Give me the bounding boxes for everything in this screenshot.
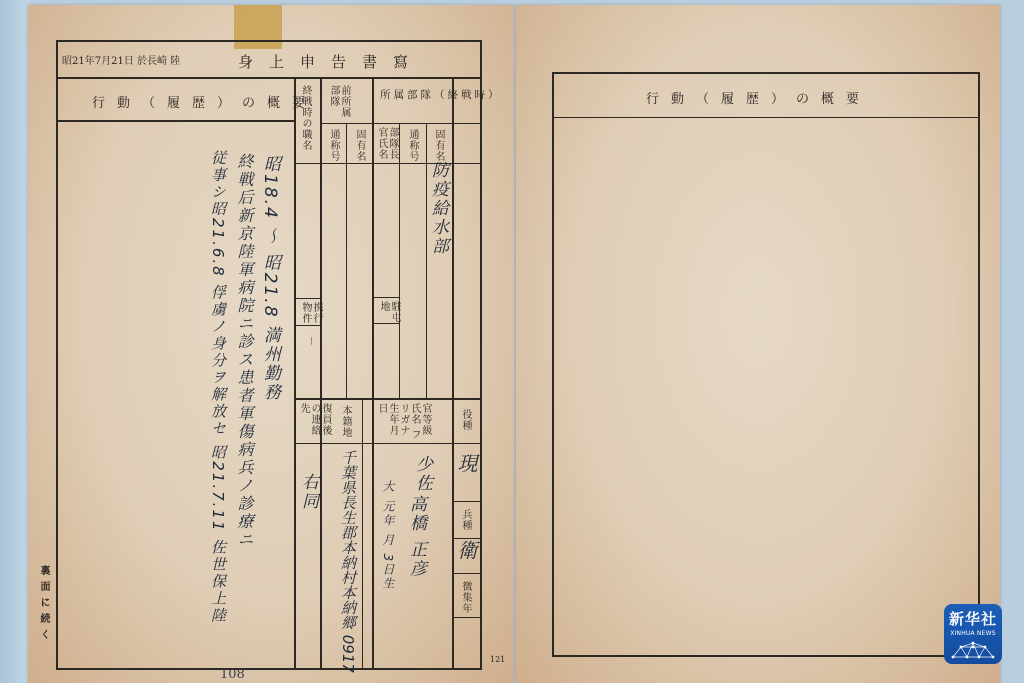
form-title: 身上申告書寫 xyxy=(238,51,424,72)
left-document-page: 昭21年7月21日 於長崎 陸 身上申告書寫 行動（履歴）の概要 終戦時の職名 … xyxy=(28,5,514,683)
column-tsusho: 通称号 xyxy=(328,129,339,162)
header-date-line: 昭21年7月21日 於長崎 陸 xyxy=(62,52,180,67)
handwritten-branch: 現 xyxy=(456,453,476,475)
adhesive-tape xyxy=(234,5,282,49)
network-globe-icon xyxy=(949,639,997,659)
page-number-right: 121 xyxy=(490,655,505,664)
right-document-page: 行動（履歴）の概要 xyxy=(516,5,1000,683)
label-arm: 兵種 xyxy=(460,509,471,531)
handwritten-contact: 右同 xyxy=(298,473,318,511)
handwritten-unit-name: 防疫給水部 xyxy=(428,161,448,256)
page-number-bottom: 108 xyxy=(220,667,245,682)
label-conscription-year: 徴集年 xyxy=(460,581,471,614)
label-contact: 復員後の連絡先 xyxy=(298,403,331,441)
handwritten-history-3: 従事シ昭21.6.8 俘虜ノ身分ヲ解放セ 昭21.7.11 佐世保上陸 xyxy=(208,150,228,624)
column-koyumei: 固有名 xyxy=(354,129,365,162)
handwritten-carried-items: － xyxy=(300,335,320,347)
background xyxy=(0,0,30,683)
xinhua-news-logo: 新华社 XINHUA NEWS xyxy=(944,604,1002,664)
column-final-post: 終戦時の職名 xyxy=(300,85,311,151)
label-domicile: 本籍地 xyxy=(340,405,351,438)
label-carried-items: 携行物件 xyxy=(300,302,322,324)
column-previous-unit: 前所属部隊 xyxy=(328,85,350,121)
logo-title: 新华社 xyxy=(944,608,1002,629)
logo-subtitle: XINHUA NEWS xyxy=(944,630,1002,637)
column-unit-at-end: 所属部隊（終戦時） xyxy=(380,87,502,102)
handwritten-name: 高橋 正彦 xyxy=(406,495,426,578)
label-station: 駐屯地 xyxy=(378,301,400,323)
handwritten-arm: 衛 xyxy=(456,540,476,562)
handwritten-domicile: 千葉県長生郡本納村本納郷 0917 xyxy=(338,450,358,673)
column-koyumei2: 固有名 xyxy=(433,129,444,162)
handwritten-birth: 大 元年 月 3日生 xyxy=(378,480,398,591)
right-history-header: 行動（履歴）の概要 xyxy=(646,88,871,107)
history-header: 行動（履歴）の概要 xyxy=(92,92,317,111)
label-branch: 役種 xyxy=(460,409,471,431)
handwritten-history-1: 昭18.4 〜 昭21.8 満州勤務 xyxy=(260,155,280,402)
label-rank-name-birth: 官等級 氏名 フリガナ 生年月日 xyxy=(376,403,431,441)
handwritten-history-2: 終戦后新京陸軍病院ニ診ス患者軍傷病兵ノ診療ニ xyxy=(234,153,254,549)
column-commander: 部隊長官氏名 xyxy=(376,127,398,163)
handwritten-rank: 少佐 xyxy=(412,455,432,493)
column-tsusho2: 通称号 xyxy=(407,129,418,162)
footer-continued-note: 裏面に続く xyxy=(38,565,49,645)
